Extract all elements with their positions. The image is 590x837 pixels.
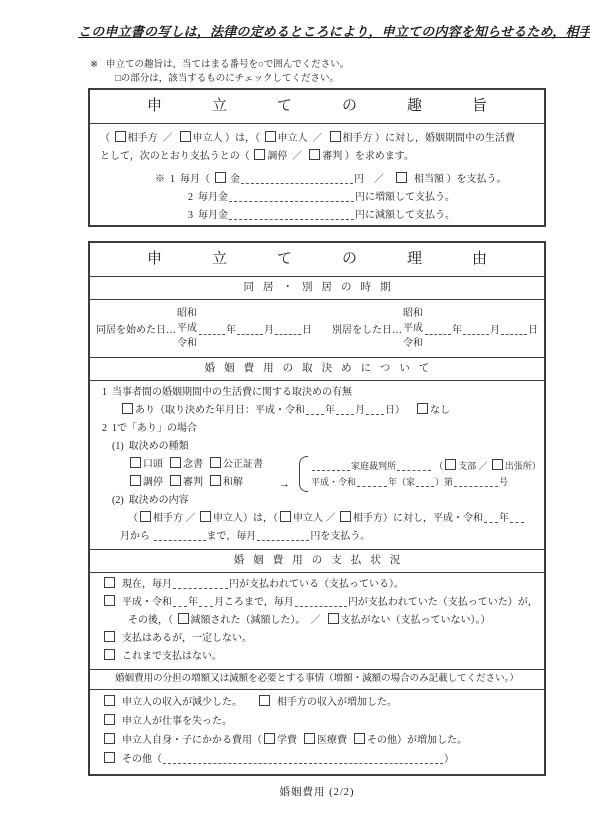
text-run: 支払がない（支払っていない）。） <box>341 615 491 626</box>
checkbox-icon[interactable] <box>304 733 315 744</box>
checkbox-icon[interactable] <box>492 459 503 470</box>
checkbox-icon[interactable] <box>309 149 320 160</box>
text-run: (1) 取決めの種類 <box>112 441 189 452</box>
text-run: 月 <box>355 405 365 416</box>
fill-in-blank[interactable] <box>397 460 431 471</box>
agreement-kind-row-1: 口頭 念書 公正証書 <box>128 456 263 474</box>
text-run: 和解 <box>223 477 243 488</box>
fill-in-blank[interactable] <box>154 530 206 541</box>
circumstance-expense-line: 申立人自身・子にかかる費用（学費 医療費 その他）が増加した。 <box>102 731 536 750</box>
checkbox-icon[interactable] <box>417 403 428 414</box>
text-run: 支部 ／ <box>458 461 490 471</box>
text-run: 平成・令和 <box>311 477 356 487</box>
instruction-note: ※申立ての趣旨は，当てはまる番号を○で囲んでください。 □の部分は，該当するもの… <box>90 58 349 86</box>
text-run: 相手方 ／ <box>153 513 198 524</box>
payment-option-irregular: 支払はあるが，一定しない。 <box>102 630 536 648</box>
text-run: 金 <box>228 174 241 185</box>
text-run: 円に減額して支払う。 <box>355 210 455 221</box>
checkbox-icon[interactable] <box>104 649 115 660</box>
agreement-kind-row-2: 調停 審判 和解 <box>128 474 263 492</box>
text-run: 平成・令和 <box>117 597 172 608</box>
text-run: 日） <box>385 405 415 416</box>
text-run: 申立人 ）は，（ <box>193 133 263 144</box>
text-run: 日 <box>302 325 312 336</box>
fill-in-blank[interactable] <box>163 753 443 764</box>
text-run: 申立人 ／ <box>293 513 338 524</box>
checkbox-icon[interactable] <box>122 403 133 414</box>
payment-status-title: 婚姻費用の支払状況 <box>90 550 544 573</box>
fill-in-blank[interactable] <box>275 324 301 335</box>
text-run: として，次のとおり支払うとの（ <box>100 151 252 162</box>
text-run: 年 <box>188 597 198 608</box>
text-run: 申立人）は，（ <box>213 513 278 524</box>
fill-in-blank[interactable] <box>237 324 263 335</box>
separation-fields: 年月日 <box>424 321 538 336</box>
text-run: (2) 取決めの内容 <box>112 495 189 506</box>
agreement-content-line-2: 月から まで，毎月円を支払う。 <box>120 528 536 546</box>
text-run: 年 <box>325 405 335 416</box>
text-run: 相手方 ）に対し，婚姻期間中の生活費 <box>343 133 516 144</box>
text-run: 号 <box>499 477 508 487</box>
checkbox-icon[interactable] <box>280 511 291 522</box>
fill-in-blank[interactable] <box>336 404 354 415</box>
checkbox-icon[interactable] <box>130 475 141 486</box>
text-run: 円が支払われている（支払っている）。 <box>229 579 404 590</box>
text-run: 円に増額して支払う。 <box>355 192 455 203</box>
payment-option-past: 平成・令和年月ころまで，毎月円が支払われていた（支払っていた）が， <box>102 594 536 612</box>
fill-in-blank[interactable] <box>295 596 347 607</box>
fill-in-blank[interactable] <box>229 191 354 202</box>
agreement-yes-no-line: あり（取り決めた年月日：平成・令和年月日） なし <box>120 402 536 420</box>
fill-in-blank[interactable] <box>357 476 387 487</box>
text-run: 念書 <box>183 459 208 470</box>
agreement-kind-options: 口頭 念書 公正証書 調停 審判 和解 <box>128 456 263 492</box>
checkbox-icon[interactable] <box>180 131 191 142</box>
agreement-kind-heading: (1) 取決めの種類 <box>112 438 536 456</box>
text-run: （ <box>128 513 138 524</box>
checkbox-icon[interactable] <box>140 511 151 522</box>
checkbox-icon[interactable] <box>130 457 141 468</box>
agreement-kind-row: 口頭 念書 公正証書 調停 審判 和解 → 家庭裁判所 （支部 ／ 出張所） 平… <box>128 456 536 492</box>
circumstances-title: 婚姻費用の分担の増額又は減額を必要とする事情（増額・減額の場合のみ記載してくださ… <box>90 670 544 690</box>
checkbox-icon[interactable] <box>178 613 189 624</box>
fill-in-blank[interactable] <box>416 476 434 487</box>
checkbox-icon[interactable] <box>104 714 115 725</box>
checkbox-icon[interactable] <box>340 511 351 522</box>
fill-in-blank[interactable] <box>173 578 228 589</box>
fill-in-blank[interactable] <box>229 209 354 220</box>
circumstance-other-line: その他（） <box>102 750 536 769</box>
fill-in-blank[interactable] <box>366 404 384 415</box>
text-run: 2 1で「あり」の場合 <box>102 423 197 434</box>
text-run: 申立人が仕事を失った。 <box>117 716 232 727</box>
era-reiwa: 令和 <box>177 336 197 351</box>
circumstances-section: 申立人の収入が減少した。 相手方の収入が増加した。 申立人が仕事を失った。 申立… <box>90 690 544 772</box>
text-run: 円を支払う。 <box>310 531 370 542</box>
reason-section-box: 申立ての理由 同居・別居の時期 同居を始めた日… 昭和 平成 令和 年月日 別居… <box>88 241 546 776</box>
fill-in-blank[interactable] <box>173 596 187 607</box>
gist-section-box: 申立ての趣旨 （ 相手方 ／ 申立人 ）は，（ 申立人 ／ 相手方 ）に対し，婚… <box>88 88 546 227</box>
bracket-left-icon <box>299 456 308 492</box>
checkbox-icon[interactable] <box>254 149 265 160</box>
era-showa: 昭和 <box>177 306 197 321</box>
separation-label: 別居をした日… <box>332 321 402 336</box>
checkbox-icon[interactable] <box>104 631 115 642</box>
checkbox-icon[interactable] <box>330 131 341 142</box>
fill-in-blank[interactable] <box>241 173 353 184</box>
text-run: 月 <box>490 325 500 336</box>
text-run: 年 <box>226 325 236 336</box>
text-run: その他（ <box>117 754 162 765</box>
text-run: ※ 1 毎月（ <box>155 174 213 185</box>
text-run: 審判 ）を求めます。 <box>322 151 414 162</box>
era-stack: 昭和 平成 令和 <box>403 306 423 351</box>
checkbox-icon[interactable] <box>104 752 115 763</box>
gist-content: （ 相手方 ／ 申立人 ）は，（ 申立人 ／ 相手方 ）に対し，婚姻期間中の生活… <box>90 124 544 227</box>
payment-option-past-detail: その後，（ 減額された（減額した）。 ／ 支払がない（支払っていない）。） <box>128 612 536 630</box>
court-name-line: 家庭裁判所 （支部 ／ 出張所） <box>311 458 541 474</box>
fill-in-blank[interactable] <box>463 324 489 335</box>
text-run: 審判 <box>183 477 208 488</box>
agreement-case-line: 2 1で「あり」の場合 <box>102 420 536 438</box>
checkbox-icon[interactable] <box>115 131 126 142</box>
gist-intro-line-1: （ 相手方 ／ 申立人 ）は，（ 申立人 ／ 相手方 ）に対し，婚姻期間中の生活… <box>100 130 534 148</box>
text-run: 相当額 ）を支払う。 <box>409 174 507 185</box>
text-run: 申立人自身・子にかかる費用（ <box>117 735 262 746</box>
gist-items: ※ 1 毎月（ 金円 ／ 相当額 ）を支払う。 2 毎月金円に増額して支払う。 … <box>100 171 534 225</box>
circumstance-income-line: 申立人の収入が減少した。 相手方の収入が増加した。 <box>102 693 536 712</box>
reference-mark-icon: ※ <box>90 60 98 70</box>
text-run: まで，毎月 <box>207 531 257 542</box>
checkbox-icon[interactable] <box>264 733 275 744</box>
checkbox-icon[interactable] <box>170 457 181 468</box>
payment-option-none: これまで支払はない。 <box>102 648 536 666</box>
text-run: 相手方）に対し，平成・令和 <box>353 513 483 524</box>
era-showa: 昭和 <box>403 306 423 321</box>
checkbox-icon[interactable] <box>104 695 115 706</box>
text-run: 申立人 ／ <box>278 133 328 144</box>
case-number-line: 平成・令和年（家）第号 <box>311 474 541 490</box>
text-run: 年（家 <box>388 477 415 487</box>
circumstance-job-line: 申立人が仕事を失った。 <box>102 712 536 731</box>
text-run: なし <box>430 405 450 416</box>
text-run: 申立人の収入が減少した。 <box>117 697 257 708</box>
cohabit-start-label: 同居を始めた日… <box>96 321 176 336</box>
text-run: 相手方 ／ <box>128 133 178 144</box>
text-run: 現在，毎月 <box>117 579 172 590</box>
checkbox-icon[interactable] <box>170 475 181 486</box>
text-run: 医療費 <box>317 735 352 746</box>
top-notice: この申立書の写しは，法律の定めるところにより，申立ての内容を知らせるため，相手方… <box>78 21 560 40</box>
payment-status-section: 現在，毎月円が支払われている（支払っている）。 平成・令和年月ころまで，毎月円が… <box>90 573 544 670</box>
fill-in-blank[interactable] <box>510 512 524 523</box>
text-run: 口頭 <box>143 459 168 470</box>
fill-in-blank[interactable] <box>484 512 498 523</box>
note-line-1: ※申立ての趣旨は，当てはまる番号を○で囲んでください。 <box>90 58 349 72</box>
checkbox-icon[interactable] <box>445 459 456 470</box>
text-run: これまで支払はない。 <box>117 651 222 662</box>
gist-title: 申立ての趣旨 <box>90 90 544 124</box>
text-run: あり（取り決めた年月日：平成・令和 <box>135 405 305 416</box>
text-run: 日 <box>528 325 538 336</box>
checkbox-icon[interactable] <box>210 475 221 486</box>
text-run: 月ころまで，毎月 <box>214 597 294 608</box>
checkbox-icon[interactable] <box>210 457 221 468</box>
agreement-title: 婚姻費用の取決めについて <box>90 358 544 381</box>
agreement-section: 1 当事者間の婚姻期間中の生活費に関する取決めの有無 あり（取り決めた年月日：平… <box>90 381 544 550</box>
text-run: 2 毎月金 <box>188 192 228 203</box>
text-run: （ <box>100 133 113 144</box>
court-case-bracket: 家庭裁判所 （支部 ／ 出張所） 平成・令和年（家）第号 <box>299 456 544 492</box>
text-run: 調停 <box>143 477 168 488</box>
checkbox-icon[interactable] <box>328 613 339 624</box>
checkbox-icon[interactable] <box>354 733 365 744</box>
fill-in-blank[interactable] <box>501 324 527 335</box>
gist-intro-line-2: として，次のとおり支払うとの（ 調停 ／ 審判 ）を求めます。 <box>100 148 534 166</box>
text-run: 出張所） <box>505 461 541 471</box>
cohabit-start-date: 同居を始めた日… 昭和 平成 令和 年月日 <box>96 306 312 351</box>
note-text-1: 申立ての趣旨は，当てはまる番号を○で囲んでください。 <box>106 60 349 70</box>
fill-in-blank[interactable] <box>199 596 213 607</box>
arrow-icon: → <box>279 478 290 490</box>
text-run: 年 <box>499 513 509 524</box>
era-heisei: 平成 <box>177 321 197 336</box>
agreement-existence-line: 1 当事者間の婚姻期間中の生活費に関する取決めの有無 <box>102 384 536 402</box>
gist-item-2: 2 毎月金円に増額して支払う。 <box>188 189 534 207</box>
text-run: 円 ／ <box>354 174 394 185</box>
text-run: 学費 <box>277 735 302 746</box>
text-run: 1 当事者間の婚姻期間中の生活費に関する取決めの有無 <box>102 387 352 398</box>
text-run: 3 毎月金 <box>188 210 228 221</box>
payment-option-current: 現在，毎月円が支払われている（支払っている）。 <box>102 576 536 594</box>
court-case-details: 家庭裁判所 （支部 ／ 出張所） 平成・令和年（家）第号 <box>308 456 544 492</box>
text-run: 月 <box>264 325 274 336</box>
checkbox-icon[interactable] <box>265 131 276 142</box>
text-run: 月から <box>120 531 153 542</box>
gist-item-3: 3 毎月金円に減額して支払う。 <box>188 207 534 225</box>
text-run: ） <box>444 754 454 765</box>
checkbox-icon[interactable] <box>200 511 211 522</box>
reason-title: 申立ての理由 <box>90 243 544 277</box>
note-line-2: □の部分は，該当するものにチェックしてください。 <box>115 72 349 86</box>
text-run: その他）が増加した。 <box>367 735 467 746</box>
text-run: 調停 ／ <box>267 151 307 162</box>
text-run: 家庭裁判所 <box>351 461 396 471</box>
footer-page-label: 婚姻費用 (2/2) <box>88 784 546 799</box>
cohabit-dates-row: 同居を始めた日… 昭和 平成 令和 年月日 別居をした日… 昭和 平成 令和 年… <box>90 300 544 358</box>
era-stack: 昭和 平成 令和 <box>177 306 197 351</box>
fill-in-blank[interactable] <box>425 324 451 335</box>
fill-in-blank[interactable] <box>306 404 324 415</box>
text-run: その後，（ <box>128 615 176 626</box>
text-run: 年 <box>452 325 462 336</box>
fill-in-blank[interactable] <box>454 476 498 487</box>
text-run: 相手方の収入が増加した。 <box>272 697 397 708</box>
text-run: ）第 <box>435 477 453 487</box>
separation-date: 別居をした日… 昭和 平成 令和 年月日 <box>332 306 538 351</box>
checkbox-icon[interactable] <box>104 595 115 606</box>
form-page: この申立書の写しは，法律の定めるところにより，申立ての内容を知らせるため，相手方… <box>0 0 590 837</box>
text-run: 支払はあるが，一定しない。 <box>117 633 252 644</box>
text-run: 減額された（減額した）。 ／ <box>191 615 326 626</box>
checkbox-icon[interactable] <box>259 695 270 706</box>
fill-in-blank[interactable] <box>257 530 309 541</box>
text-run: （ <box>432 461 443 471</box>
cohabit-start-fields: 年月日 <box>198 321 312 336</box>
fill-in-blank[interactable] <box>312 460 350 471</box>
cohabit-period-title: 同居・別居の時期 <box>90 277 544 300</box>
agreement-content-heading: (2) 取決めの内容 <box>112 492 536 510</box>
checkbox-icon[interactable] <box>104 733 115 744</box>
text-run: 公正証書 <box>223 459 263 470</box>
era-heisei: 平成 <box>403 321 423 336</box>
fill-in-blank[interactable] <box>199 324 225 335</box>
era-reiwa: 令和 <box>403 336 423 351</box>
gist-item-1: ※ 1 毎月（ 金円 ／ 相当額 ）を支払う。 <box>155 171 534 189</box>
checkbox-icon[interactable] <box>104 577 115 588</box>
checkbox-icon[interactable] <box>396 172 407 183</box>
agreement-content-line-1: （相手方 ／ 申立人）は，（申立人 ／ 相手方）に対し，平成・令和年 <box>128 510 536 528</box>
checkbox-icon[interactable] <box>215 172 226 183</box>
text-run: 円が支払われていた（支払っていた）が， <box>348 597 538 608</box>
